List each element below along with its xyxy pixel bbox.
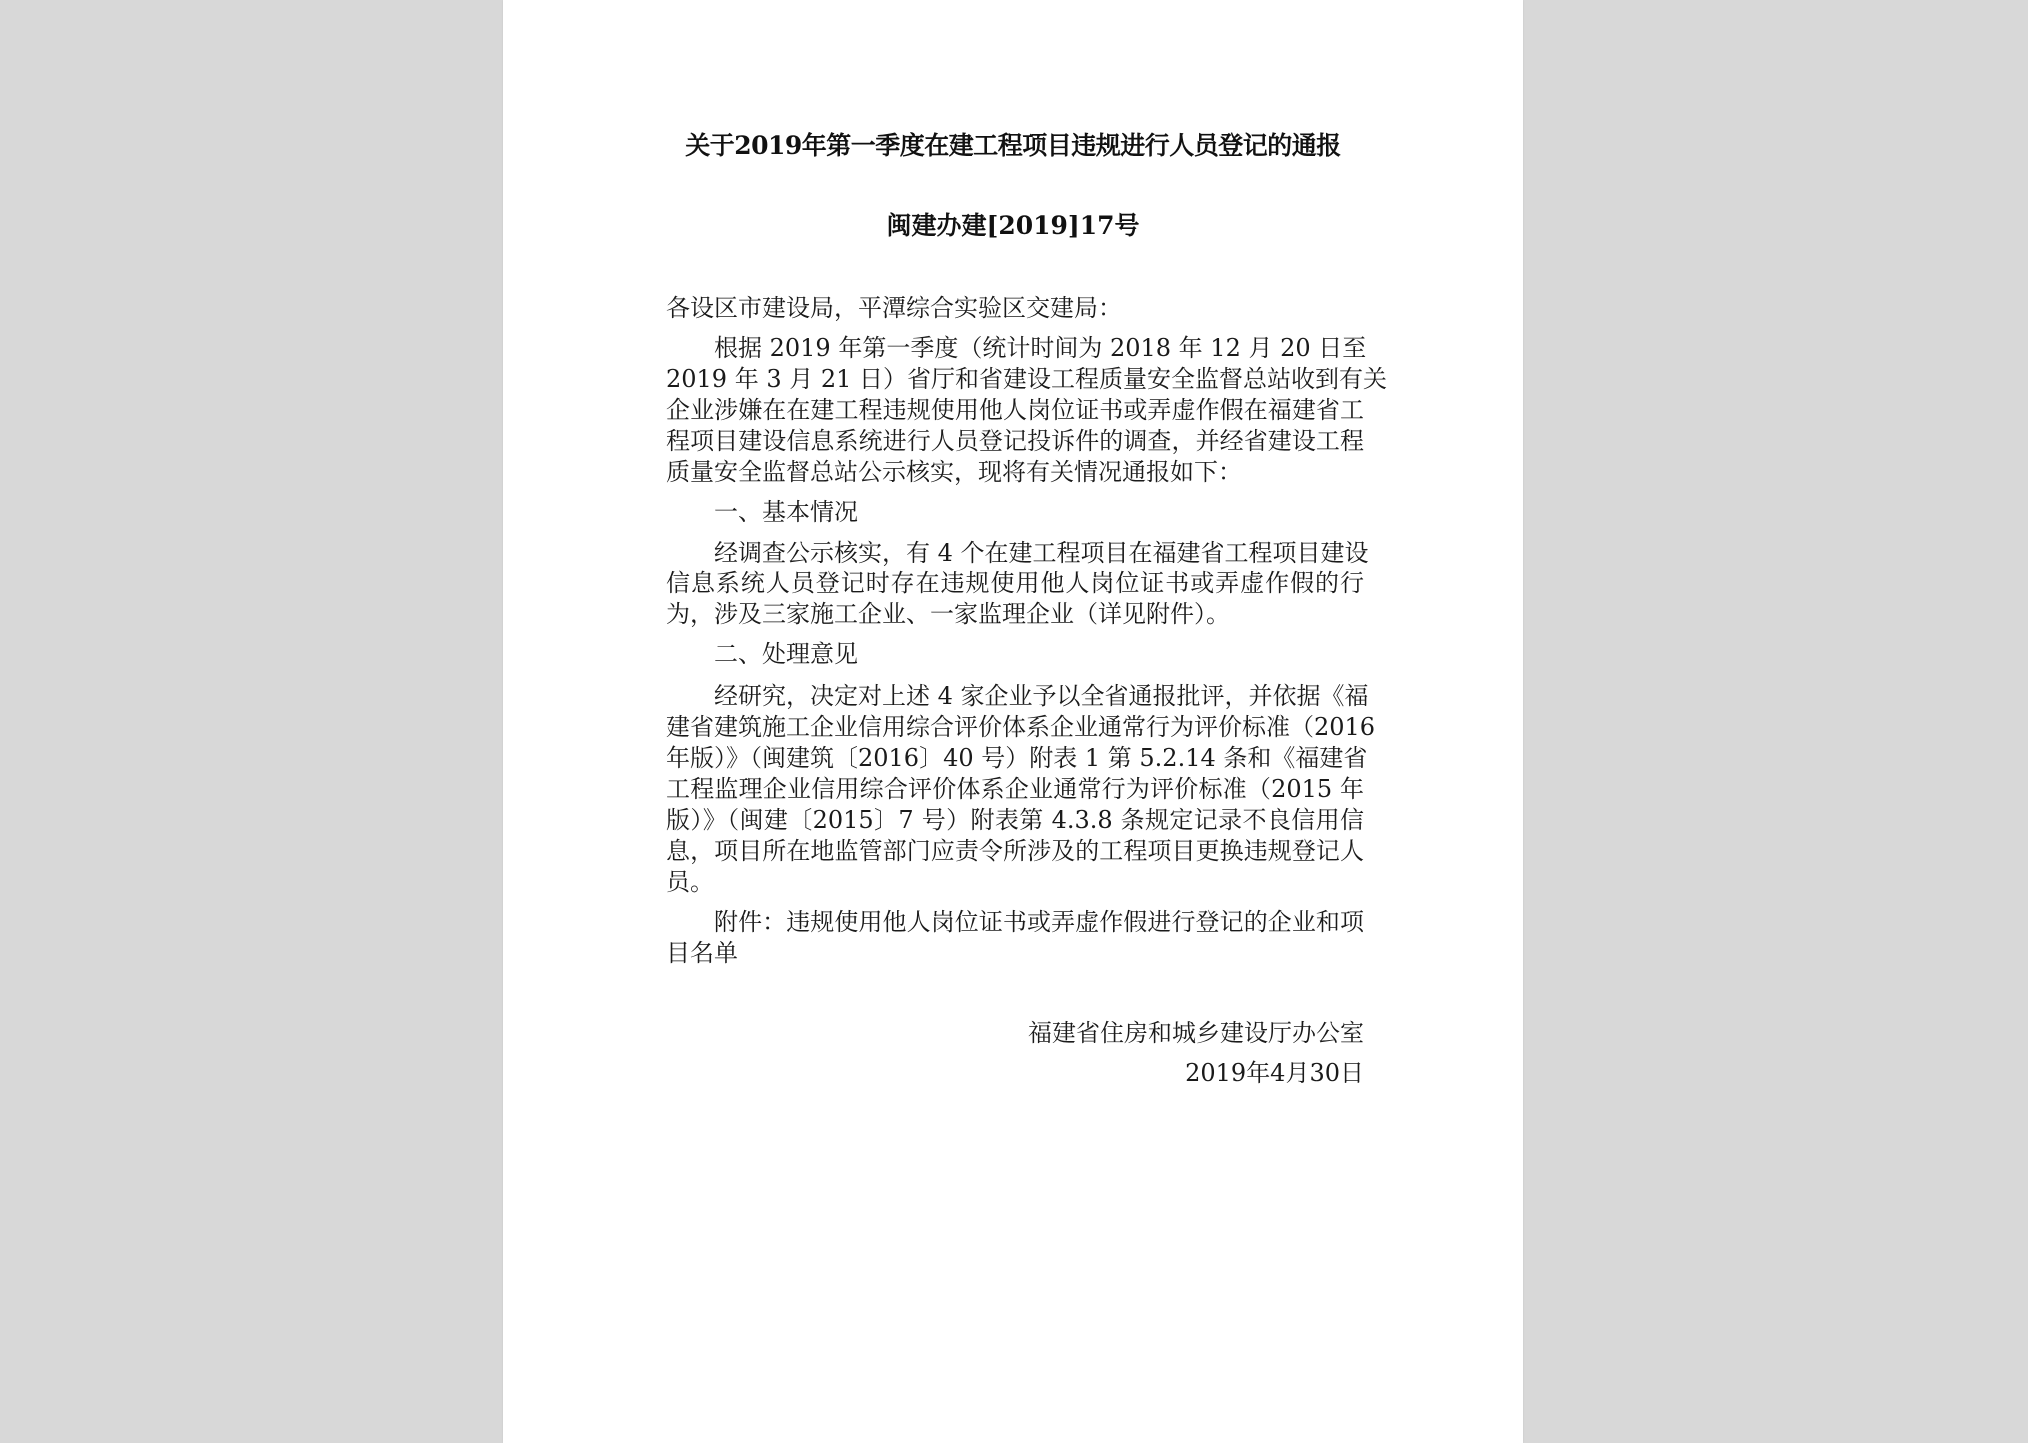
paragraph-2-line: 经调查公示核实，有 4 个在建工程项目在福建省工程项目建设 bbox=[666, 538, 1364, 569]
document-viewer: 关于2019年第一季度在建工程项目违规进行人员登记的通报 闽建办建[2019]1… bbox=[0, 0, 2028, 1443]
document-title: 关于2019年第一季度在建工程项目违规进行人员登记的通报 bbox=[503, 130, 1523, 162]
signature-issuer: 福建省住房和城乡建设厅办公室 bbox=[666, 1018, 1364, 1049]
paragraph-1-line: 程项目建设信息系统进行人员登记投诉件的调查，并经省建设工程 bbox=[666, 426, 1364, 457]
paragraph-2-line: 信息系统人员登记时存在违规使用他人岗位证书或弄虚作假的行 bbox=[666, 568, 1364, 599]
paragraph-3-line: 息，项目所在地监管部门应责令所涉及的工程项目更换违规登记人 bbox=[666, 836, 1364, 867]
document-page: 关于2019年第一季度在建工程项目违规进行人员登记的通报 闽建办建[2019]1… bbox=[503, 0, 1523, 1443]
paragraph-3-line: 版）》（闽建〔2015〕7 号）附表第 4.3.8 条规定记录不良信用信 bbox=[666, 805, 1364, 836]
signature-date: 2019年4月30日 bbox=[666, 1058, 1364, 1089]
paragraph-1-line: 质量安全监督总站公示核实，现将有关情况通报如下： bbox=[666, 457, 1364, 488]
attachment-line: 目名单 bbox=[666, 938, 1364, 969]
paragraph-3-line: 工程监理企业信用综合评价体系企业通常行为评价标准（2015 年 bbox=[666, 774, 1364, 805]
section-2-heading: 二、处理意见 bbox=[666, 639, 1364, 670]
paragraph-2-line: 为，涉及三家施工企业、一家监理企业（详见附件）。 bbox=[666, 599, 1364, 630]
paragraph-3-line: 年版）》（闽建筑〔2016〕40 号）附表 1 第 5.2.14 条和《福建省 bbox=[666, 743, 1364, 774]
paragraph-3-line: 建省建筑施工企业信用综合评价体系企业通常行为评价标准（2016 bbox=[666, 712, 1364, 743]
paragraph-3-line: 员。 bbox=[666, 867, 1364, 898]
paragraph-1-line: 企业涉嫌在在建工程违规使用他人岗位证书或弄虚作假在福建省工 bbox=[666, 395, 1364, 426]
section-1-heading: 一、基本情况 bbox=[666, 497, 1364, 528]
paragraph-1-line: 根据 2019 年第一季度（统计时间为 2018 年 12 月 20 日至 bbox=[666, 333, 1364, 364]
paragraph-3-line: 经研究，决定对上述 4 家企业予以全省通报批评，并依据《福 bbox=[666, 681, 1364, 712]
paragraph-1-line: 2019 年 3 月 21 日）省厅和省建设工程质量安全监督总站收到有关 bbox=[666, 364, 1364, 395]
attachment-line: 附件：违规使用他人岗位证书或弄虚作假进行登记的企业和项 bbox=[666, 907, 1364, 938]
salutation: 各设区市建设局，平潭综合实验区交建局： bbox=[666, 293, 1364, 324]
document-number: 闽建办建[2019]17号 bbox=[503, 210, 1523, 242]
